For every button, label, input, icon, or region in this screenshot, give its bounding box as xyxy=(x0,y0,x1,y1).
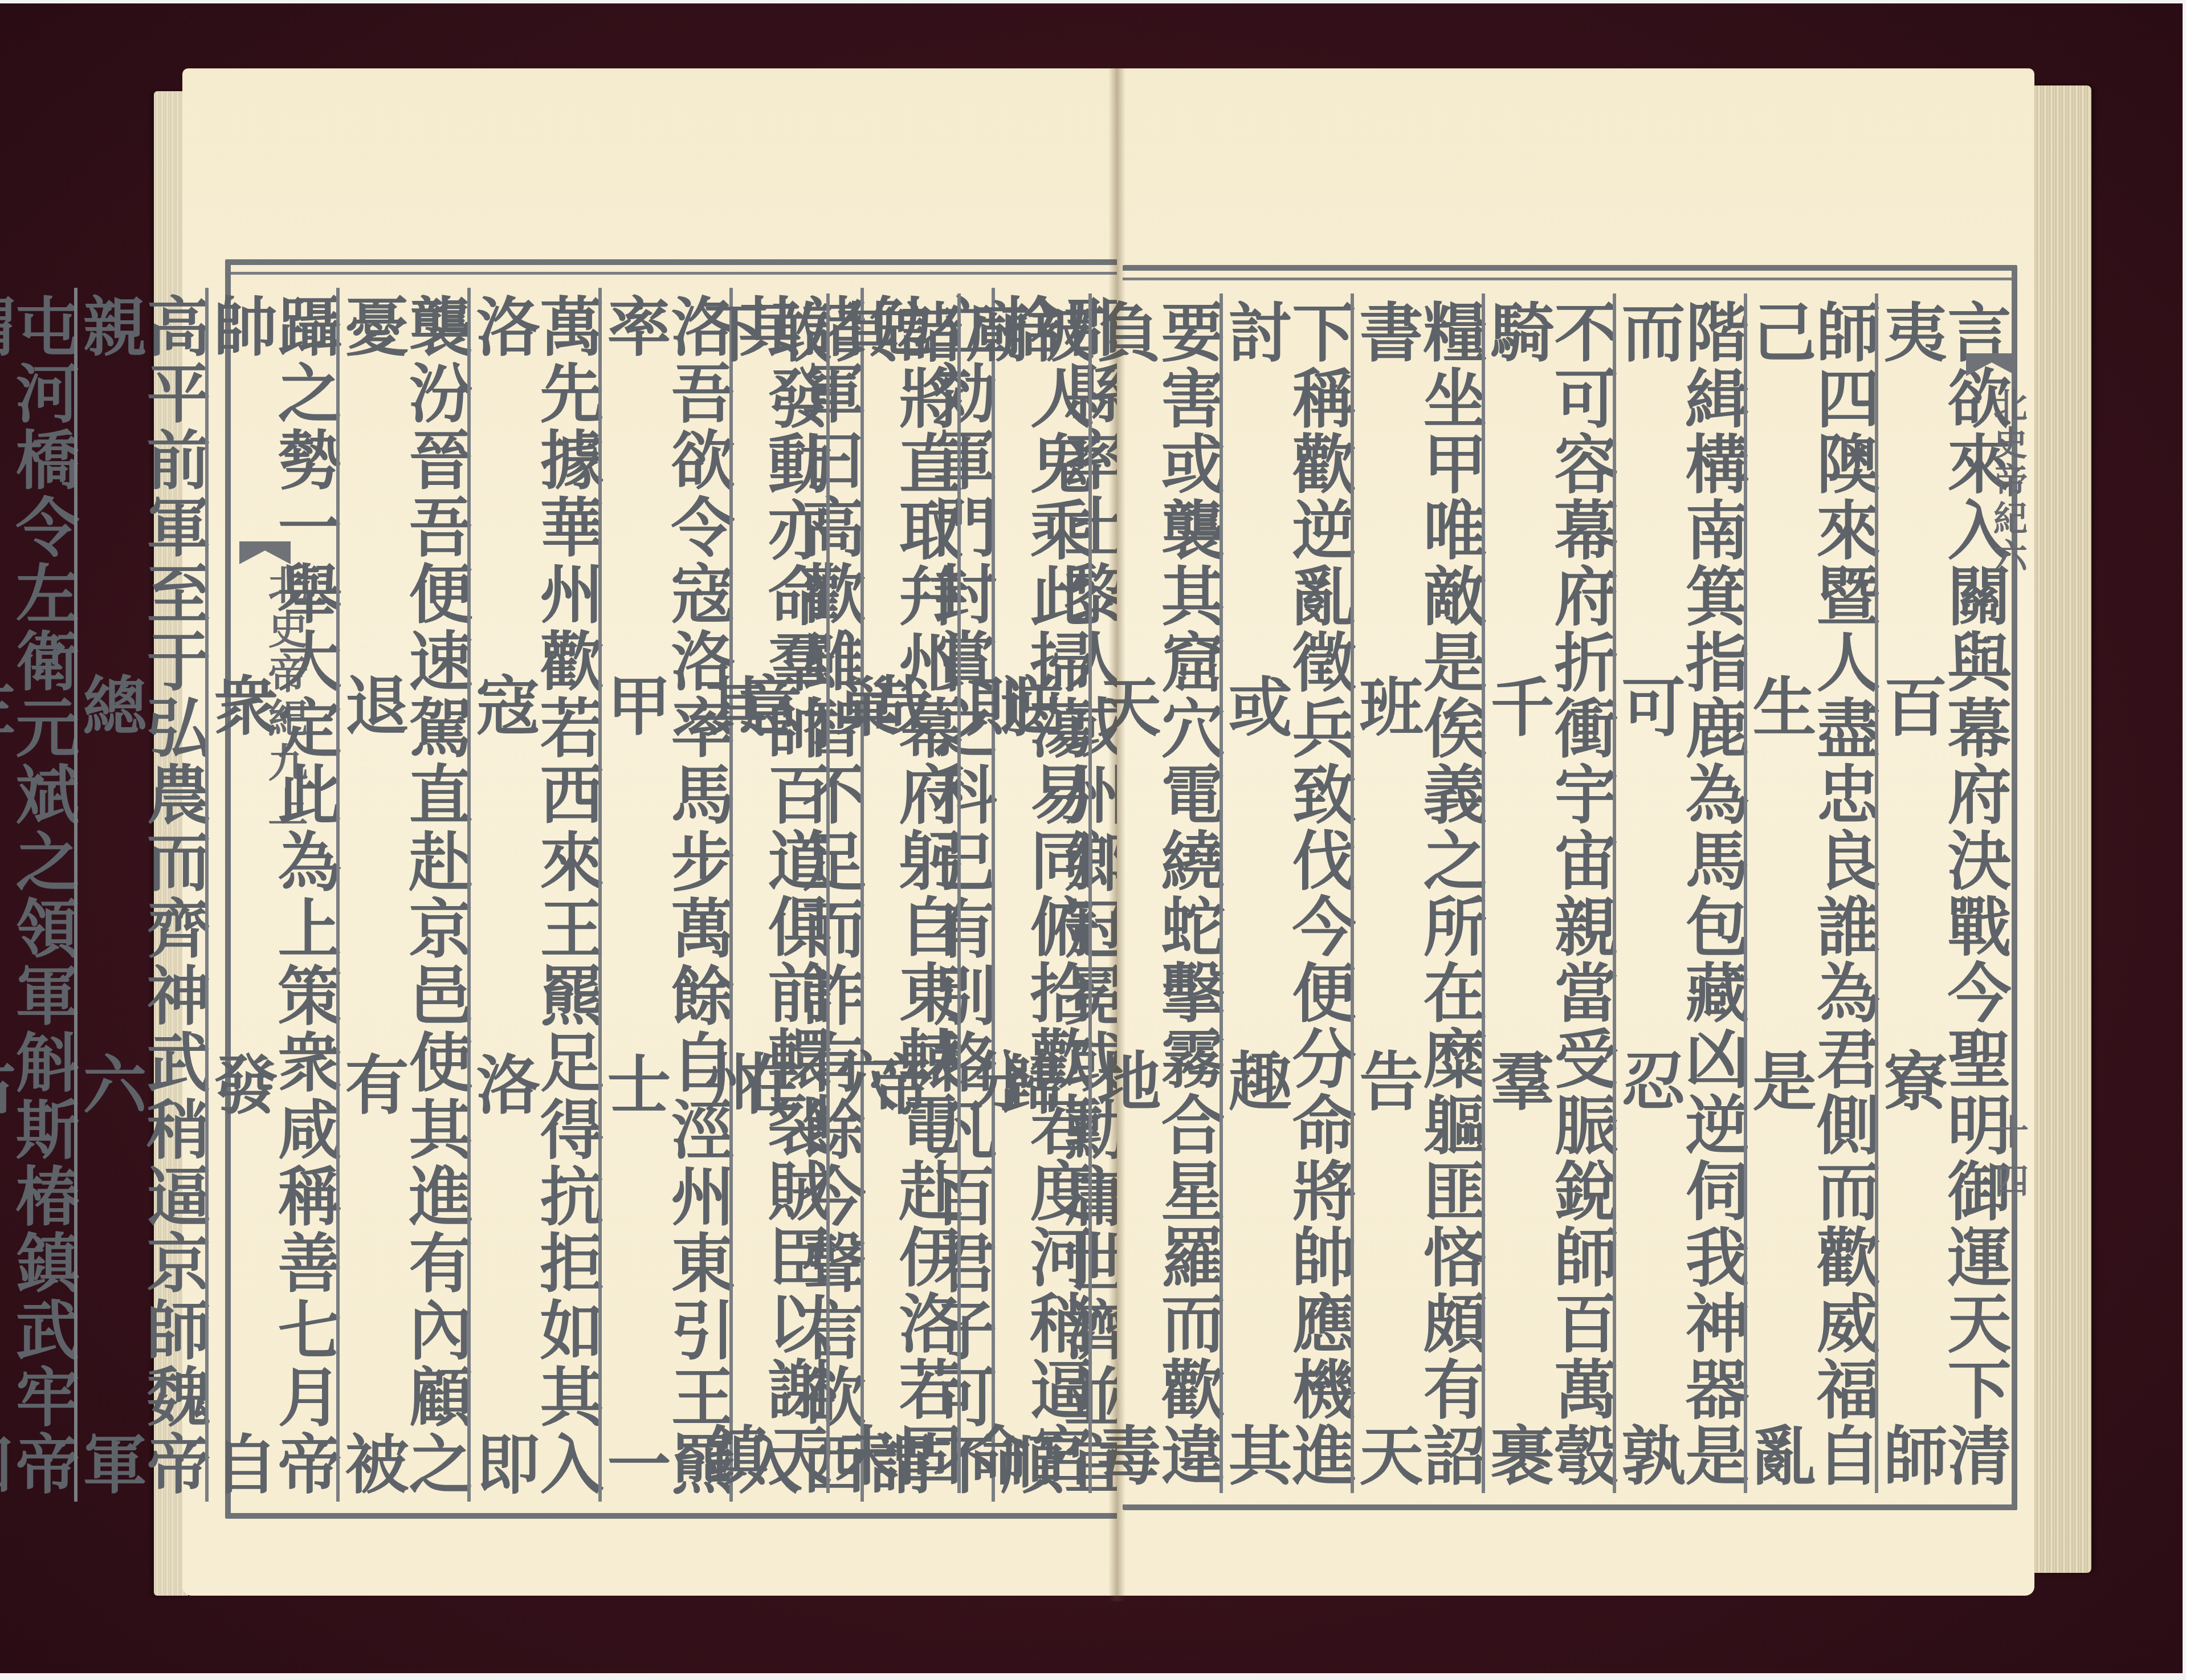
open-book: 北史帝紀九上 郡縣率土黎人或州鄉冠冕或勳庸世濟並宜捨逆歸順 立効軍門封賞之科已有… xyxy=(154,68,2091,1618)
column-text: 不可容幕府折衝宇宙親當受脤銳師百萬彀騎千羣裹 xyxy=(1485,299,1613,1487)
column-text: 師四隩來暨人盡忠良誰為君側而歡威福自己生是亂 xyxy=(1747,299,1875,1487)
column-text: 高平前軍至于弘農而齊神武稍逼京師魏帝親總六軍 xyxy=(78,293,205,1496)
text-column: 下稱歡逆亂徵兵致伐今便分命將帥應機進討或趣其 xyxy=(1220,293,1351,1493)
right-page: 言欲來入關與幕府決戰今聖明御運天下清夷百寮師 師四隩來暨人盡忠良誰為君側而歡威福… xyxy=(1117,68,2034,1596)
text-column: 被人鬼乘此掃蕩易同俯拾歡若度河稍逼宮廟則分命 xyxy=(957,293,1088,1493)
column-text: 襲汾晉吾便速駕直赴京邑使其進有內顧之憂退有被 xyxy=(340,293,467,1496)
text-column: 高平前軍至于弘農而齊神武稍逼京師魏帝親總六軍 xyxy=(74,288,205,1502)
column-text: 階緝構南箕指鹿為馬包藏凶逆伺我神器是而可忍孰 xyxy=(1616,299,1744,1487)
text-column: 糧坐甲唯敵是俟義之所在糜軀匪悋頗有詔書班告天 xyxy=(1351,293,1482,1493)
column-text: 敢發動亦命羣帥百道俱前轘裂賊臣以謝天下其州鎮 xyxy=(699,299,826,1487)
column-text: 躡之勢一舉大定此為上策衆咸稱善七月帝帥衆發自 xyxy=(209,293,336,1496)
text-column: 襲汾晉吾便速駕直赴京邑使其進有內顧之憂退有被 xyxy=(336,288,467,1502)
right-printed-frame: 言欲來入關與幕府決戰今聖明御運天下清夷百寮師 師四隩來暨人盡忠良誰為君側而歡威福… xyxy=(1123,265,2017,1510)
text-column: 諸將直取幷州幕府躬自東轅電赴伊洛若固其巢穴未 xyxy=(826,293,957,1493)
column-text: 糧坐甲唯敵是俟義之所在糜軀匪悋頗有詔書班告天 xyxy=(1354,299,1482,1487)
text-column: 師四隩來暨人盡忠良誰為君側而歡威福自己生是亂 xyxy=(1744,293,1875,1493)
right-page-banxin-title: 北史帝紀六 xyxy=(1983,388,2032,576)
column-text: 萬先據華州歡若西來王羆足得抗拒如其入洛寇洛即 xyxy=(471,293,598,1496)
book-gutter-fold xyxy=(1108,68,1125,1601)
frame-inner-rule xyxy=(231,272,1128,275)
scan-border-top xyxy=(0,0,2186,3)
frame-inner-rule xyxy=(1123,278,2012,280)
column-text: 諸將直取幷州幕府躬自東轅電赴伊洛若固其巢穴未 xyxy=(830,299,957,1487)
text-column: 萬先據華州歡若西來王羆足得抗拒如其入洛寇洛即 xyxy=(467,288,598,1502)
text-column: 不可容幕府折衝宇宙親當受脤銳師百萬彀騎千羣裹 xyxy=(1482,293,1613,1493)
text-column: 階緝構南箕指鹿為馬包藏凶逆伺我神器是而可忍孰 xyxy=(1613,293,1744,1493)
column-text: 被人鬼乘此掃蕩易同俯拾歡若度河稍逼宮廟則分命 xyxy=(961,299,1088,1487)
text-column: 躡之勢一舉大定此為上策衆咸稱善七月帝帥衆發自 xyxy=(205,288,336,1502)
text-column: 敢發動亦命羣帥百道俱前轘裂賊臣以謝天下其州鎮 xyxy=(699,293,826,1493)
page-number: 十四 xyxy=(1995,1106,2034,1204)
right-text-columns: 言欲來入關與幕府決戰今聖明御運天下清夷百寮師 師四隩來暨人盡忠良誰為君側而歡威福… xyxy=(1128,293,2006,1493)
column-text: 屯河橋令左衛元斌之領軍斛斯椿鎮武牢帝謂左右曰 xyxy=(0,293,74,1496)
scan-border-right xyxy=(2183,0,2186,1680)
text-column: 屯河橋令左衛元斌之領軍斛斯椿鎮武牢帝謂左右曰 xyxy=(0,288,74,1502)
page-stack-right xyxy=(2029,85,2091,1573)
scan-border-bottom xyxy=(0,1673,2186,1680)
column-text: 下稱歡逆亂徵兵致伐今便分命將帥應機進討或趣其 xyxy=(1223,299,1351,1487)
